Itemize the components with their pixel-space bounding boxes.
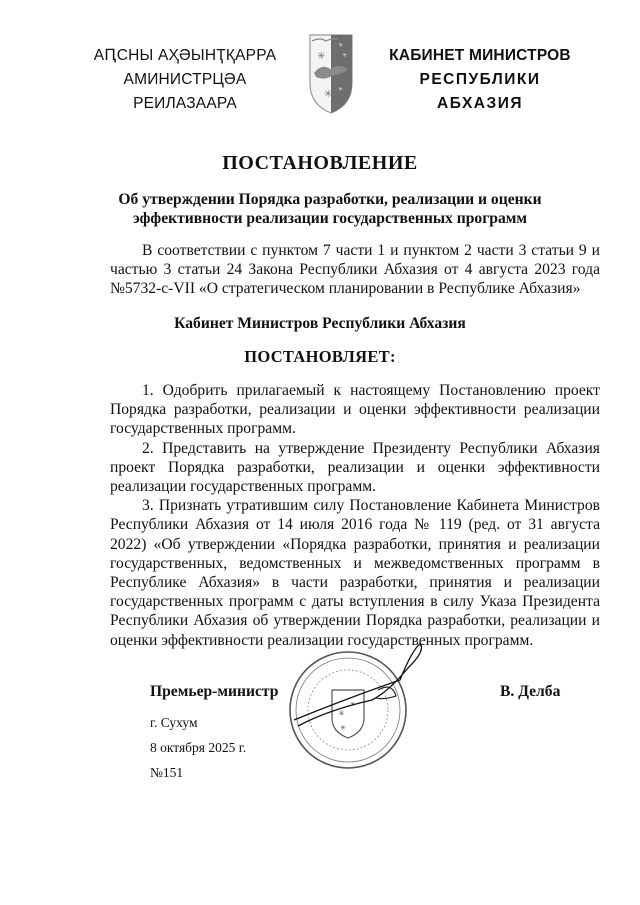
issuing-authority: Кабинет Министров Республики Абхазия: [0, 315, 640, 333]
issue-date: 8 октября 2025 г.: [150, 740, 246, 756]
resolution-item-3: 3. Признать утратившим силу Постановлени…: [110, 496, 600, 650]
header-russian-line1: КАБИНЕТ МИНИСТРОВ: [382, 44, 578, 68]
header-russian: КАБИНЕТ МИНИСТРОВ РЕСПУБЛИКИ АБХАЗИЯ: [382, 44, 578, 116]
document-subtitle: Об утверждении Порядка разработки, реали…: [100, 190, 560, 228]
official-seal-icon: ✳ ✳ ✳: [288, 640, 448, 780]
svg-text:✳: ✳: [342, 52, 347, 59]
svg-text:✳: ✳: [338, 709, 345, 718]
intro-paragraph: В соответствии с пунктом 7 части 1 и пун…: [110, 241, 600, 299]
resolution-item-2: 2. Представить на утверждение Президенту…: [110, 439, 600, 497]
header-abkhaz-line1: АԤСНЫ АҲӘЫНҬҚАРРА: [78, 44, 292, 68]
issue-city: г. Сухум: [150, 715, 198, 731]
header-abkhaz-line2: АМИНИСТРЦӘА РЕИЛАЗААРА: [78, 68, 292, 116]
document-number: №151: [150, 765, 183, 781]
svg-text:✳: ✳: [340, 724, 346, 732]
document-page: АԤСНЫ АҲӘЫНҬҚАРРА АМИНИСТРЦӘА РЕИЛАЗААРА…: [0, 0, 640, 905]
resolves-heading: ПОСТАНОВЛЯЕТ:: [0, 347, 640, 367]
signatory-position: Премьер-министр: [150, 683, 278, 701]
subtitle-line1: Об утверждении Порядка разработки, реали…: [100, 190, 560, 209]
document-title: ПОСТАНОВЛЕНИЕ: [0, 152, 640, 175]
coat-of-arms-icon: ✳ ✳ ✳ ✳ ✳: [308, 33, 354, 115]
svg-text:✳: ✳: [317, 51, 325, 62]
svg-text:✳: ✳: [324, 89, 332, 100]
resolution-items: 1. Одобрить прилагаемый к настоящему Пос…: [110, 381, 600, 650]
svg-text:✳: ✳: [338, 86, 343, 93]
header-abkhaz: АԤСНЫ АҲӘЫНҬҚАРРА АМИНИСТРЦӘА РЕИЛАЗААРА: [78, 44, 292, 116]
svg-text:✳: ✳: [338, 42, 343, 49]
header-russian-line2: РЕСПУБЛИКИ АБХАЗИЯ: [382, 68, 578, 116]
subtitle-line2: эффективности реализации государственных…: [100, 209, 560, 228]
signatory-name: В. Делба: [500, 683, 560, 701]
resolution-item-1: 1. Одобрить прилагаемый к настоящему Пос…: [110, 381, 600, 439]
